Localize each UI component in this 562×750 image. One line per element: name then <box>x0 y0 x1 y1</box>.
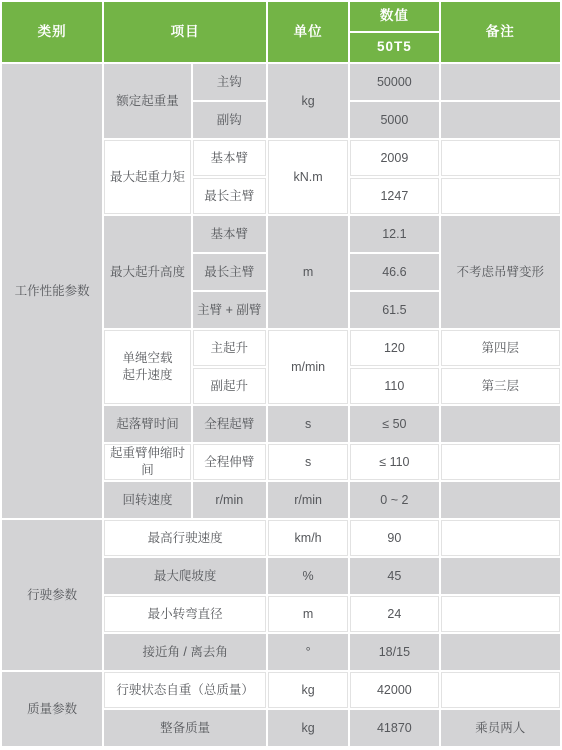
remark-cell <box>441 634 560 670</box>
value-cell: 18/15 <box>350 634 438 670</box>
remark-cell <box>441 482 560 518</box>
item-cell: 行驶状态自重（总质量） <box>104 672 266 708</box>
remark-cell <box>441 444 560 480</box>
item-cell: 回转速度 <box>104 482 190 518</box>
table-header: 类别 项目 单位 数值 备注 50T5 <box>2 2 560 62</box>
value-cell: 1247 <box>350 178 438 214</box>
sub-item-cell: 基本臂 <box>193 140 266 176</box>
item-cell: 单绳空载 起升速度 <box>104 330 190 404</box>
sub-item-cell: 全程伸臂 <box>193 444 266 480</box>
remark-cell <box>441 140 560 176</box>
item-cell: 接近角 / 离去角 <box>104 634 266 670</box>
value-cell: 50000 <box>350 64 438 100</box>
unit-cell: r/min <box>268 482 348 518</box>
remark-cell <box>441 64 560 100</box>
unit-cell: ° <box>268 634 348 670</box>
unit-cell: % <box>268 558 348 594</box>
value-cell: 90 <box>350 520 438 556</box>
remark-cell <box>441 558 560 594</box>
header-category: 类别 <box>2 2 102 62</box>
sub-item-cell: 副钩 <box>193 102 266 138</box>
unit-cell: kg <box>268 64 348 138</box>
remark-cell <box>441 596 560 632</box>
header-model: 50T5 <box>350 33 438 62</box>
category-cell: 行驶参数 <box>2 520 102 670</box>
remark-cell <box>441 672 560 708</box>
item-cell: 最大起升高度 <box>104 216 190 328</box>
sub-item-cell: 最长主臂 <box>193 178 266 214</box>
value-cell: 2009 <box>350 140 438 176</box>
category-cell: 工作性能参数 <box>2 64 102 518</box>
value-cell: 45 <box>350 558 438 594</box>
sub-item-cell: 最长主臂 <box>193 254 266 290</box>
remark-cell <box>441 178 560 214</box>
unit-cell: m <box>268 596 348 632</box>
item-cell: 最大爬坡度 <box>104 558 266 594</box>
sub-item-cell: r/min <box>193 482 266 518</box>
value-cell: 5000 <box>350 102 438 138</box>
unit-cell: m/min <box>268 330 348 404</box>
item-cell: 起重臂伸缩时间 <box>104 444 190 480</box>
sub-item-cell: 基本臂 <box>193 216 266 252</box>
header-unit: 单位 <box>268 2 348 62</box>
sub-item-cell: 主臂 + 副臂 <box>193 292 266 328</box>
value-cell: 41870 <box>350 710 438 746</box>
remark-cell: 第三层 <box>441 368 560 404</box>
unit-cell: s <box>268 444 348 480</box>
category-cell: 质量参数 <box>2 672 102 746</box>
header-item: 项目 <box>104 2 266 62</box>
header-remark: 备注 <box>441 2 560 62</box>
value-cell: 120 <box>350 330 438 366</box>
item-cell: 起落臂时间 <box>104 406 190 442</box>
remark-cell: 乘员两人 <box>441 710 560 746</box>
value-cell: 0 ~ 2 <box>350 482 438 518</box>
sub-item-cell: 主钩 <box>193 64 266 100</box>
table-row: 工作性能参数 额定起重量 主钩 kg 50000 <box>2 64 560 100</box>
sub-item-cell: 主起升 <box>193 330 266 366</box>
sub-item-cell: 全程起臂 <box>193 406 266 442</box>
remark-cell: 第四层 <box>441 330 560 366</box>
value-cell: 24 <box>350 596 438 632</box>
table-row: 质量参数 行驶状态自重（总质量） kg 42000 <box>2 672 560 708</box>
value-cell: 110 <box>350 368 438 404</box>
unit-cell: km/h <box>268 520 348 556</box>
unit-cell: kN.m <box>268 140 348 214</box>
item-cell: 最大起重力矩 <box>104 140 190 214</box>
remark-cell: 不考虑吊臂变形 <box>441 216 560 328</box>
value-cell: ≤ 50 <box>350 406 438 442</box>
remark-cell <box>441 406 560 442</box>
unit-cell: m <box>268 216 348 328</box>
value-cell: 61.5 <box>350 292 438 328</box>
table-row: 行驶参数 最高行驶速度 km/h 90 <box>2 520 560 556</box>
header-value: 数值 <box>350 2 438 31</box>
unit-cell: s <box>268 406 348 442</box>
sub-item-cell: 副起升 <box>193 368 266 404</box>
item-cell: 最小转弯直径 <box>104 596 266 632</box>
item-cell: 额定起重量 <box>104 64 190 138</box>
remark-cell <box>441 102 560 138</box>
value-cell: 12.1 <box>350 216 438 252</box>
value-cell: 46.6 <box>350 254 438 290</box>
value-cell: ≤ 110 <box>350 444 438 480</box>
crane-spec-table: 类别 项目 单位 数值 备注 50T5 工作性能参数 额定起重量 主钩 kg 5… <box>0 0 562 748</box>
value-cell: 42000 <box>350 672 438 708</box>
unit-cell: kg <box>268 710 348 746</box>
unit-cell: kg <box>268 672 348 708</box>
remark-cell <box>441 520 560 556</box>
item-cell: 最高行驶速度 <box>104 520 266 556</box>
item-cell: 整备质量 <box>104 710 266 746</box>
